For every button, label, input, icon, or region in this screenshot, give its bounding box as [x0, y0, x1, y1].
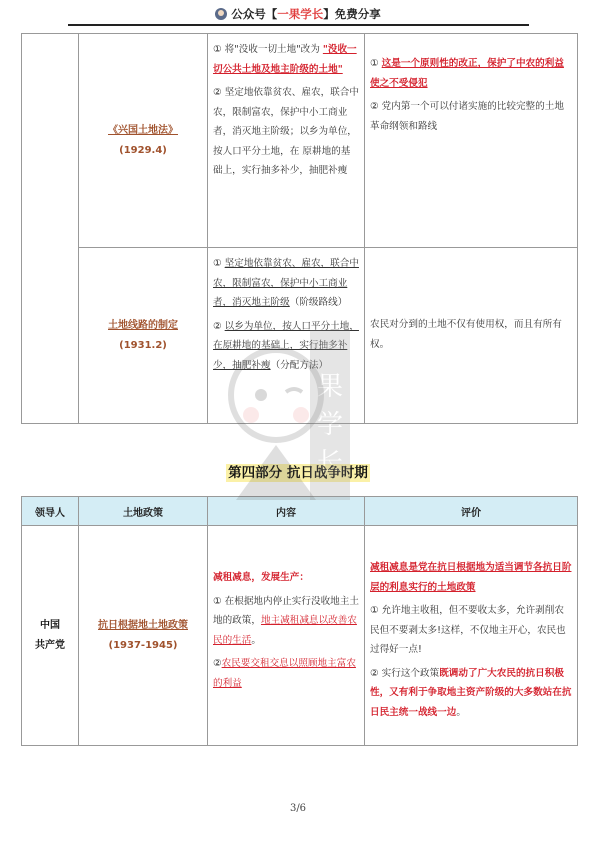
land-policy-table-continued: 《兴国土地法》 (1929.4) ① 将"没收一切土地"改为 "没收一切公共土地… — [21, 33, 578, 424]
policy-cell: 土地线路的制定 (1931.2) — [79, 248, 208, 424]
page-number: 3/6 — [0, 803, 596, 814]
content-text: ② 坚定地依靠贫农、雇农，联合中农，限制富农，保护中小工商业者，消灭地主阶级；以… — [213, 83, 359, 181]
avatar-icon — [215, 8, 227, 20]
leader-cell: 中国 共产党 — [22, 526, 79, 746]
table-row: 中国 共产党 抗日根据地土地政策 (1937-1945) 减租减息，发展生产： … — [22, 526, 578, 746]
policy-name: 抗日根据地土地政策 — [79, 616, 207, 636]
leader-cell-empty — [22, 34, 79, 424]
anti-japanese-land-policy-table: 领导人 土地政策 内容 评价 中国 共产党 抗日根据地土地政策 (1937-19… — [21, 496, 578, 746]
content-title: 减租减息，发展生产： — [213, 568, 359, 588]
table-row: 土地线路的制定 (1931.2) ① 坚定地依靠贫农、雇农，联合中农，限制富农，… — [22, 248, 578, 424]
content-cell: ① 将"没收一切土地"改为 "没收一切公共土地及地主阶级的土地" ② 坚定地依靠… — [208, 34, 365, 248]
header-divider — [68, 24, 529, 26]
column-header: 内容 — [208, 497, 365, 526]
evaluation-text: ② 党内第一个可以付诸实施的比较完整的土地革命纲领和路线 — [370, 97, 572, 136]
evaluation-title: 减租减息是党在抗日根据地为适当调节各抗日阶层的利息实行的土地政策 — [370, 558, 572, 597]
section-title: 第四部分 抗日战争时期 — [0, 461, 596, 481]
evaluation-highlight: 这是一个原则性的改正，保护了中农的利益使之不受侵犯 — [370, 58, 564, 89]
evaluation-num: ① — [370, 58, 382, 69]
evaluation-text: 。 — [456, 707, 466, 718]
evaluation-cell: 农民对分到的土地不仅有使用权，而且有所有权。 — [365, 248, 578, 424]
content-highlight: 农民要交租交息以照顾地主富农的利益 — [213, 658, 356, 689]
header-brand: 一果学长 — [277, 7, 323, 21]
section-title-text: 第四部分 抗日战争时期 — [226, 464, 370, 482]
table-row: 《兴国土地法》 (1929.4) ① 将"没收一切土地"改为 "没收一切公共土地… — [22, 34, 578, 248]
policy-name: 《兴国土地法》 — [79, 121, 207, 141]
header-prefix: 公众号【 — [231, 7, 277, 21]
content-num: ② — [213, 321, 225, 332]
content-text: （阶级路线） — [290, 297, 348, 308]
policy-cell: 《兴国土地法》 (1929.4) — [79, 34, 208, 248]
content-cell: 减租减息，发展生产： ① 在根据地内停止实行没收地主土地的政策，地主减租减息以改… — [208, 526, 365, 746]
policy-date: (1931.2) — [79, 336, 207, 356]
content-text: ① 将"没收一切土地"改为 — [213, 44, 323, 55]
content-cell: ① 坚定地依靠贫农、雇农，联合中农，限制富农，保护中小工商业者，消灭地主阶级（阶… — [208, 248, 365, 424]
policy-date: (1929.4) — [79, 141, 207, 161]
content-num: ① — [213, 258, 225, 269]
column-header: 领导人 — [22, 497, 79, 526]
content-text: 。 — [251, 635, 261, 646]
leader-name: 中国 — [22, 616, 78, 636]
content-num: ② — [213, 658, 222, 669]
column-header: 评价 — [365, 497, 578, 526]
content-text: （分配方法） — [271, 360, 329, 371]
evaluation-text: ② 实行这个政策 — [370, 668, 439, 679]
policy-name: 土地线路的制定 — [79, 316, 207, 336]
policy-cell: 抗日根据地土地政策 (1937-1945) — [79, 526, 208, 746]
evaluation-cell: 减租减息是党在抗日根据地为适当调节各抗日阶层的利息实行的土地政策 ① 允许地主收… — [365, 526, 578, 746]
column-header: 土地政策 — [79, 497, 208, 526]
leader-name: 共产党 — [22, 636, 78, 656]
evaluation-text: 农民对分到的土地不仅有使用权，而且有所有权。 — [370, 315, 572, 354]
evaluation-text: ① 允许地主收租，但不要收太多，允许剥削农民但不要剥太多!这样，不仅地主开心，农… — [370, 601, 572, 660]
evaluation-cell: ① 这是一个原则性的改正，保护了中农的利益使之不受侵犯 ② 党内第一个可以付诸实… — [365, 34, 578, 248]
table-header-row: 领导人 土地政策 内容 评价 — [22, 497, 578, 526]
header-suffix: 】免费分享 — [323, 7, 381, 21]
policy-date: (1937-1945) — [79, 636, 207, 656]
